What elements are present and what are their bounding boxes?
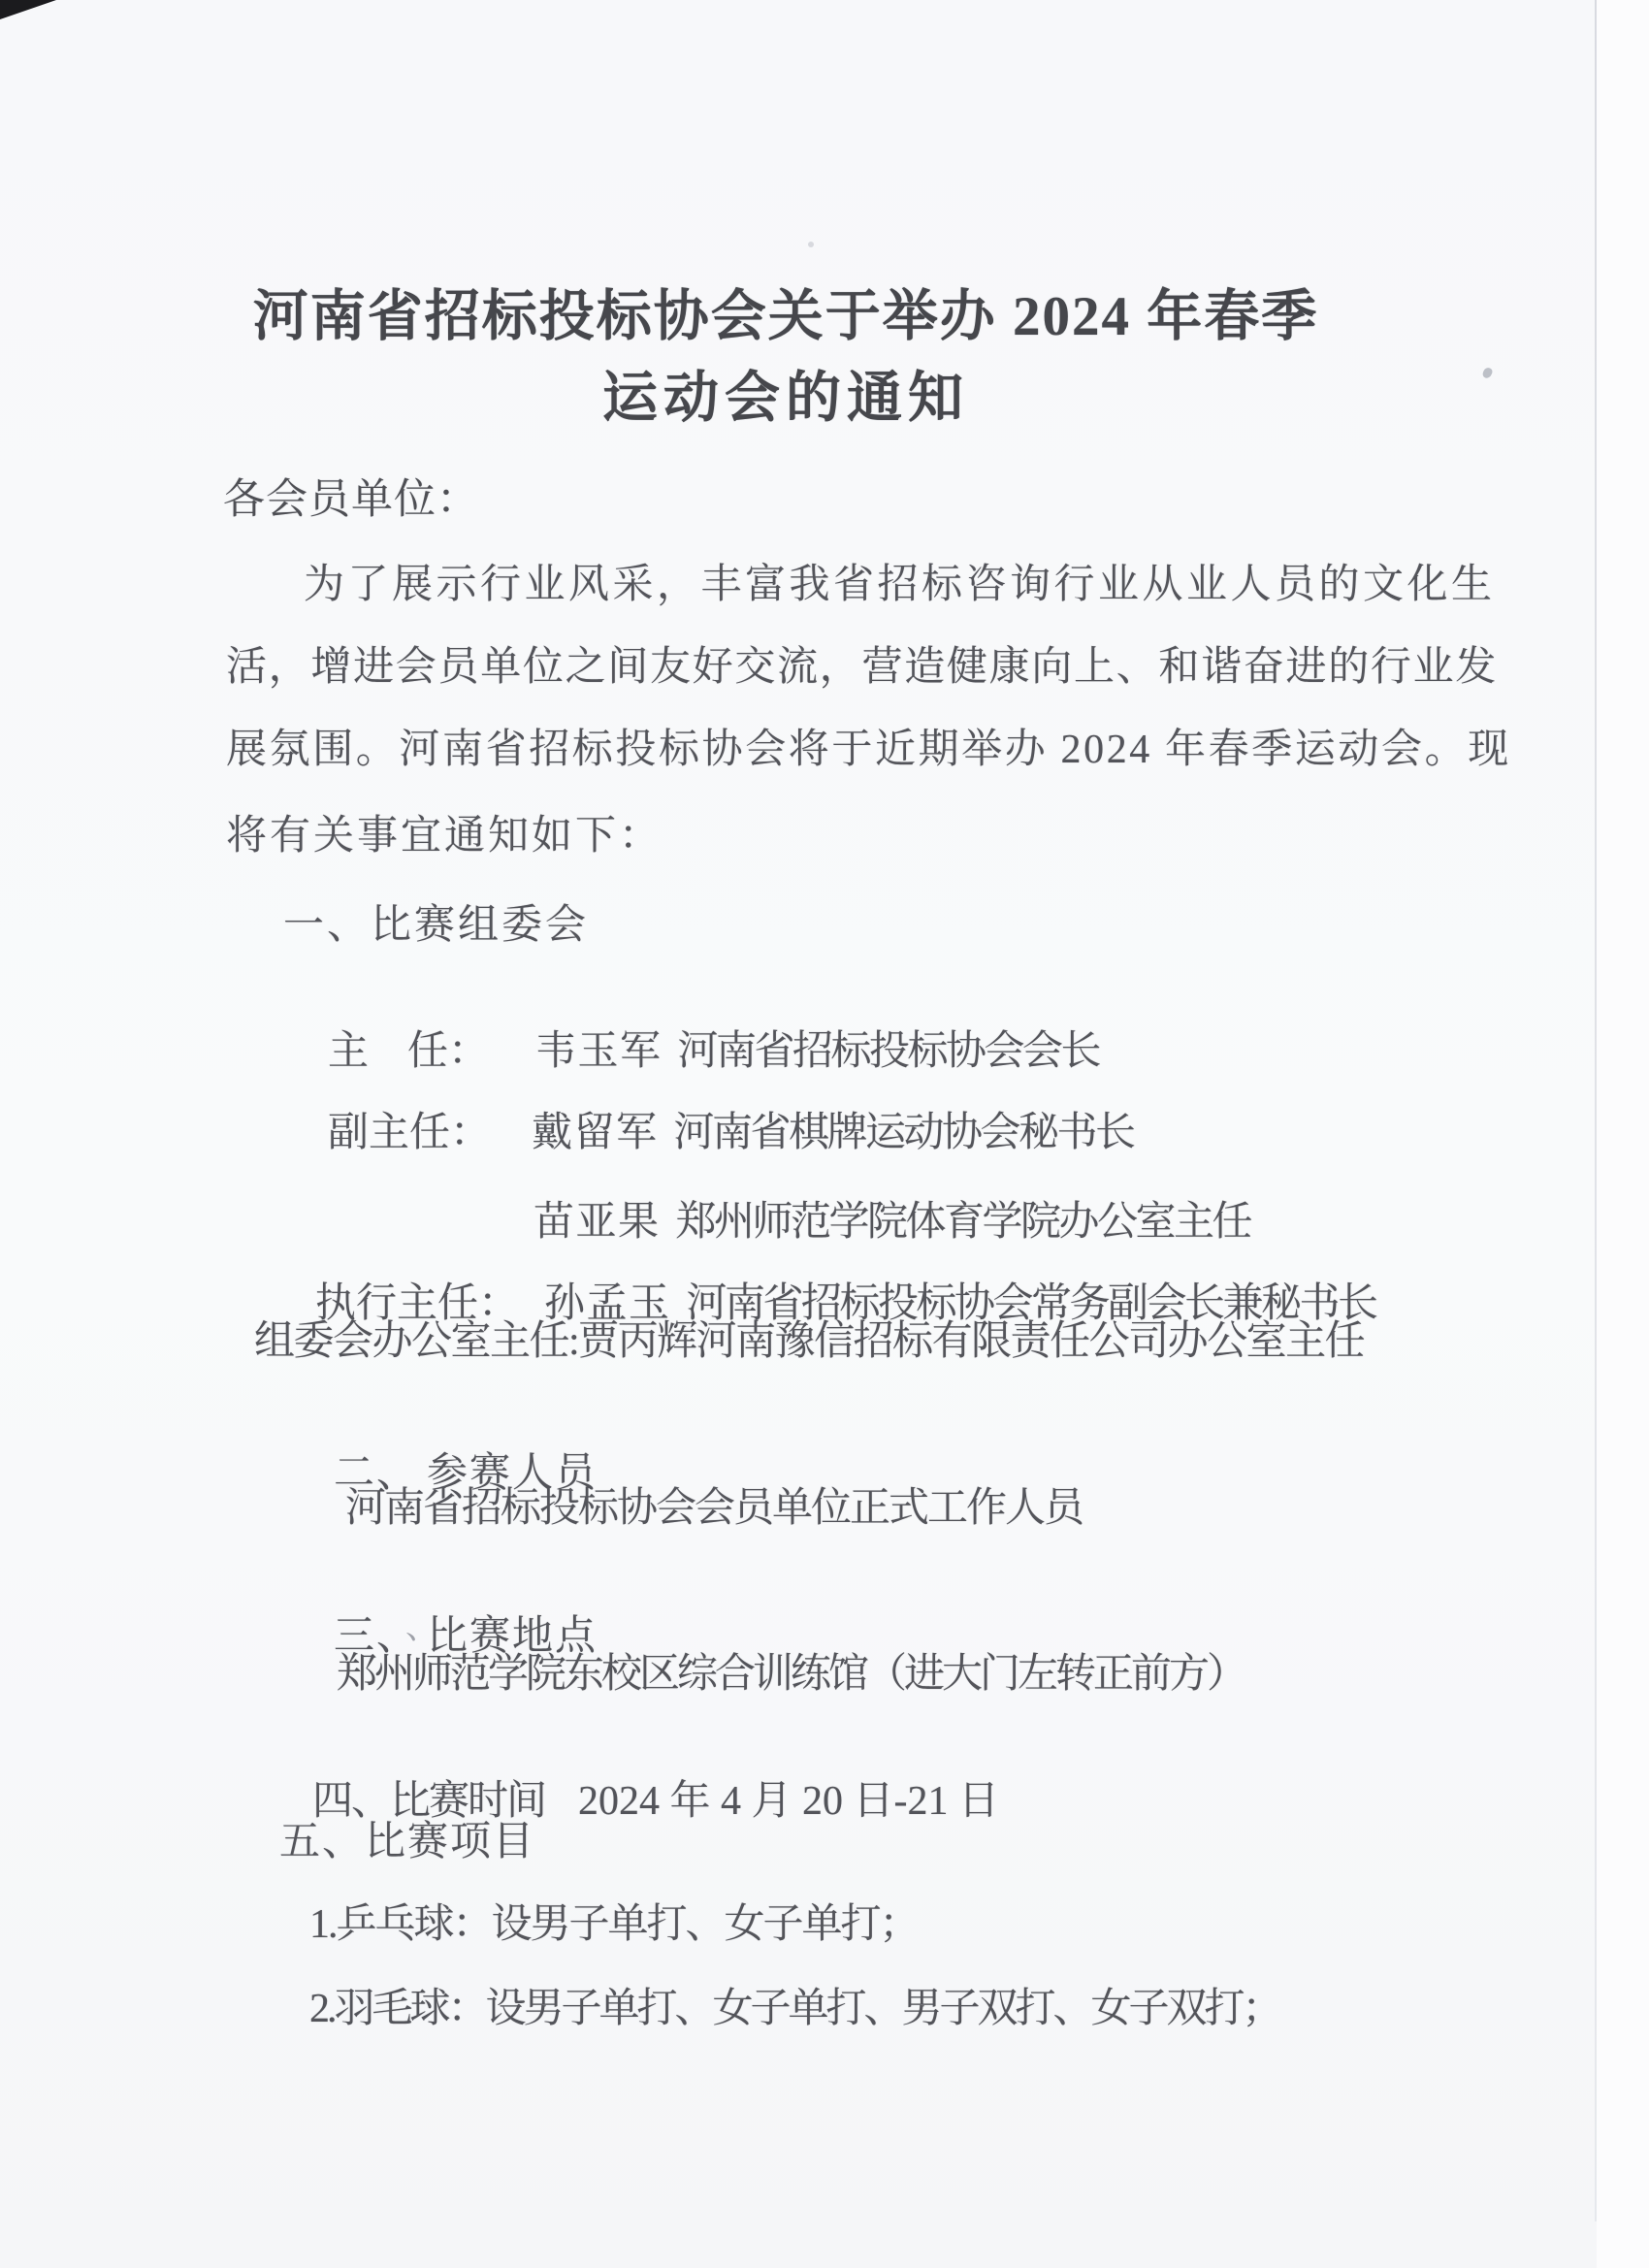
event-item-badminton: 2.羽毛球：设男子单打、女子单打、男子双打、女子双打； — [309, 1987, 1280, 2031]
event-item-table-tennis: 1.乒乓球：设男子单打、女子单打； — [309, 1902, 919, 1947]
scan-corner-artifact — [0, 0, 56, 19]
scan-right-strip — [1597, 0, 1649, 2268]
section3-body: 郑州师范学院东校区综合训练馆（进大门左转正前方） — [337, 1652, 1245, 1697]
title-line-2: 运动会的通知 — [0, 358, 1571, 439]
section-title: 四、比赛时间 — [312, 1779, 545, 1824]
section5-heading: 五、比赛项目 — [279, 1820, 535, 1864]
scanned-notice-page: 、 河南省招标投标协会关于举办 2024 年春季 运动会的通知 各会员单位： 为… — [0, 0, 1649, 2268]
section1-heading: 一、比赛组委会 — [283, 903, 589, 948]
intro-line-2: 活，增进会员单位之间友好交流，营造健康向上、和谐奋进的行业发 — [226, 645, 1498, 690]
person-name: 戴留军 — [532, 1111, 659, 1155]
document-title: 河南省招标投标协会关于举办 2024 年春季 运动会的通知 — [0, 276, 1571, 439]
person-affiliation: 河南省棋牌运动协会秘书长 — [674, 1111, 1134, 1155]
section2-body: 河南省招标投标协会会员单位正式工作人员 — [345, 1486, 1083, 1531]
committee-row-office-director: 组委会办公室主任:贾丙辉河南豫信招标有限责任公司办公室主任 — [254, 1319, 1364, 1364]
intro-line-1: 为了展示行业风采，丰富我省招标咨询行业从业人员的文化生 — [304, 563, 1496, 607]
event-date: 2024 年 4 月 20 日-21 日 — [578, 1779, 999, 1824]
scan-edge-line — [1595, 0, 1597, 2221]
scan-speck — [808, 242, 814, 247]
intro-line-3: 展氛围。河南省招标投标协会将于近期举办 2024 年春季运动会。现 — [226, 728, 1511, 772]
salutation: 各会员单位： — [223, 477, 479, 523]
role-label: 副主任： — [328, 1111, 491, 1155]
title-line-1: 河南省招标投标协会关于举办 2024 年春季 — [0, 276, 1571, 358]
intro-line-4: 将有关事宜通知如下： — [226, 814, 663, 859]
